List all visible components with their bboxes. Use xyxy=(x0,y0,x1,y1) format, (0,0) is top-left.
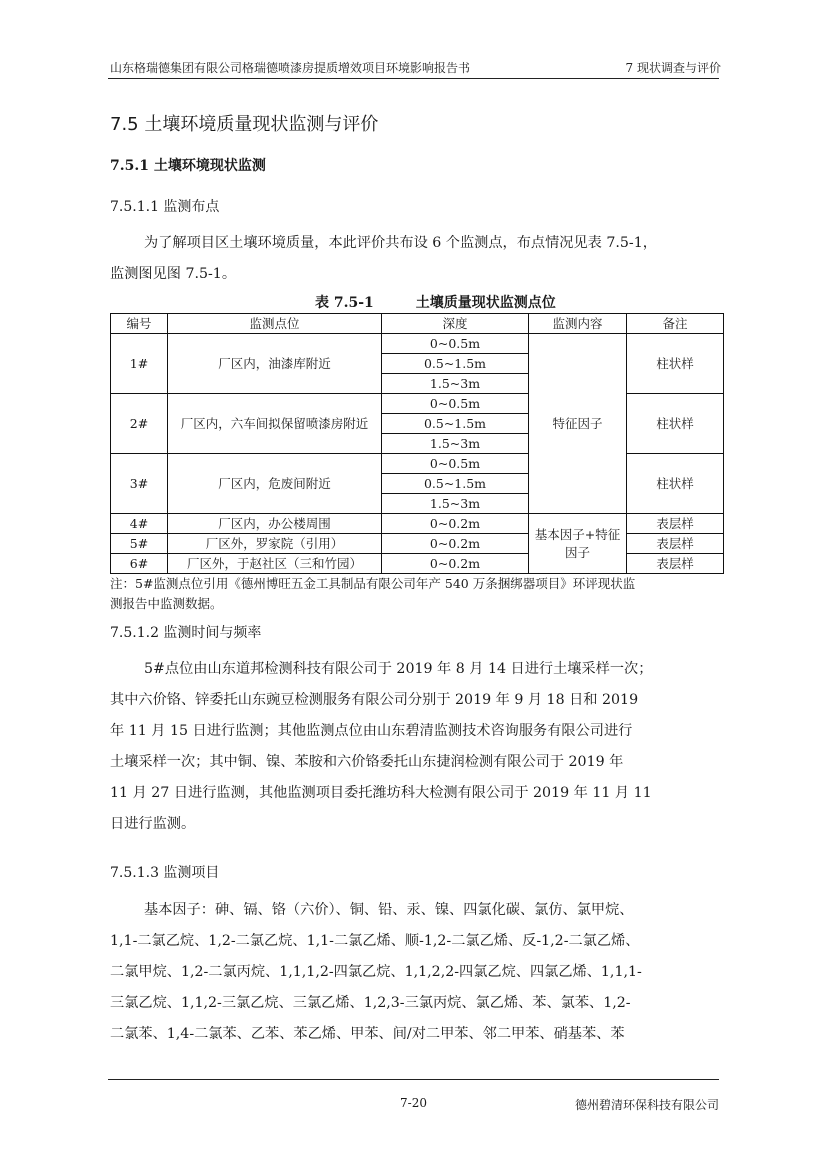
running-header-title: 山东格瑞德集团有限公司格瑞德喷漆房提质增效项目环境影响报告书 xyxy=(110,59,470,76)
table-caption-title: 土壤质量现状监测点位 xyxy=(416,295,556,311)
cell-remark: 柱状样 xyxy=(627,454,724,514)
col-header-depth: 深度 xyxy=(382,314,529,334)
cell-remark: 表层样 xyxy=(627,514,724,534)
table-row: 6# 厂区外，于赵社区（三和竹园） 0~0.2m 表层样 xyxy=(111,554,724,574)
cell-id: 2# xyxy=(111,394,168,454)
paragraph-line: 1,1-二氯乙烷、1,2-二氯乙烷、1,1-二氯乙烯、顺-1,2-二氯乙烯、反-… xyxy=(110,926,722,957)
cell-id: 1# xyxy=(111,334,168,394)
paragraph-line: 二氯甲烷、1,2-二氯丙烷、1,1,1,2-四氯乙烷、1,1,2,2-四氯乙烷、… xyxy=(110,957,722,988)
page-number: 7-20 xyxy=(400,1096,427,1110)
cell-depth: 0~0.5m xyxy=(382,454,529,474)
cell-location: 厂区内，办公楼周围 xyxy=(168,514,382,534)
paragraph-timing: 5#点位由山东道邦检测科技有限公司于 2019 年 8 月 14 日进行土壤采样… xyxy=(110,654,722,840)
cell-location: 厂区外，于赵社区（三和竹园） xyxy=(168,554,382,574)
subsubsection-title-timing: 7.5.1.2 监测时间与频率 xyxy=(110,622,261,642)
cell-content: 特征因子 xyxy=(529,334,627,514)
cell-depth: 1.5~3m xyxy=(382,434,529,454)
header-rule xyxy=(108,78,719,79)
paragraph-line: 5#点位由山东道邦检测科技有限公司于 2019 年 8 月 14 日进行土壤采样… xyxy=(110,654,722,685)
col-header-remark: 备注 xyxy=(627,314,724,334)
col-header-location: 监测点位 xyxy=(168,314,382,334)
paragraph-line: 二氯苯、1,4-二氯苯、乙苯、苯乙烯、甲苯、间/对二甲苯、邻二甲苯、硝基苯、苯 xyxy=(110,1019,722,1050)
cell-location: 厂区内，六车间拟保留喷漆房附近 xyxy=(168,394,382,454)
cell-location: 厂区外，罗家院（引用） xyxy=(168,534,382,554)
monitoring-points-table: 编号 监测点位 深度 监测内容 备注 1# 厂区内，油漆库附近 0~0.5m 特… xyxy=(110,313,724,574)
paragraph-line: 三氯乙烷、1,1,2-三氯乙烷、三氯乙烯、1,2,3-三氯丙烷、氯乙烯、苯、氯苯… xyxy=(110,988,722,1019)
cell-depth: 0~0.5m xyxy=(382,394,529,414)
paragraph-line: 11 月 27 日进行监测，其他监测项目委托潍坊科大检测有限公司于 2019 年… xyxy=(110,778,722,809)
subsubsection-title-items: 7.5.1.3 监测项目 xyxy=(110,862,219,882)
footer-rule xyxy=(108,1079,719,1080)
cell-id: 4# xyxy=(111,514,168,534)
subsubsection-title-layout: 7.5.1.1 监测布点 xyxy=(110,196,219,216)
col-header-content: 监测内容 xyxy=(529,314,627,334)
paragraph-line: 监测图见图 7.5-1。 xyxy=(110,259,722,290)
footer-company: 德州碧清环保科技有限公司 xyxy=(575,1096,719,1113)
cell-depth: 0~0.2m xyxy=(382,554,529,574)
cell-depth: 1.5~3m xyxy=(382,374,529,394)
cell-remark: 表层样 xyxy=(627,534,724,554)
note-line: 注：5#监测点位引用《德州博旺五金工具制品有限公司年产 540 万条捆绑器项目》… xyxy=(110,574,722,594)
cell-depth: 1.5~3m xyxy=(382,494,529,514)
paragraph-layout: 为了解项目区土壤环境质量，本此评价共布设 6 个监测点，布点情况见表 7.5-1… xyxy=(110,228,722,290)
table-row: 3# 厂区内，危废间附近 0~0.5m 柱状样 xyxy=(111,454,724,474)
table-row: 1# 厂区内，油漆库附近 0~0.5m 特征因子 柱状样 xyxy=(111,334,724,354)
cell-content: 基本因子+特征因子 xyxy=(529,514,627,574)
note-line: 测报告中监测数据。 xyxy=(110,594,722,614)
col-header-id: 编号 xyxy=(111,314,168,334)
table-row: 2# 厂区内，六车间拟保留喷漆房附近 0~0.5m 柱状样 xyxy=(111,394,724,414)
cell-location: 厂区内，油漆库附近 xyxy=(168,334,382,394)
section-title: 7.5 土壤环境质量现状监测与评价 xyxy=(110,110,378,136)
cell-location: 厂区内，危废间附近 xyxy=(168,454,382,514)
cell-depth: 0~0.2m xyxy=(382,534,529,554)
table-note: 注：5#监测点位引用《德州博旺五金工具制品有限公司年产 540 万条捆绑器项目》… xyxy=(110,574,722,614)
cell-depth: 0.5~1.5m xyxy=(382,474,529,494)
cell-depth: 0.5~1.5m xyxy=(382,354,529,374)
paragraph-line: 基本因子：砷、镉、铬（六价）、铜、铅、汞、镍、四氯化碳、氯仿、氯甲烷、 xyxy=(110,895,722,926)
table-caption: 表 7.5-1土壤质量现状监测点位 xyxy=(315,292,556,312)
cell-remark: 柱状样 xyxy=(627,394,724,454)
subsection-title: 7.5.1 土壤环境现状监测 xyxy=(110,155,266,175)
table-caption-number: 表 7.5-1 xyxy=(315,295,374,311)
cell-depth: 0~0.5m xyxy=(382,334,529,354)
paragraph-line: 土壤采样一次；其中铜、镍、苯胺和六价铬委托山东捷润检测有限公司于 2019 年 xyxy=(110,747,722,778)
table-row: 5# 厂区外，罗家院（引用） 0~0.2m 表层样 xyxy=(111,534,724,554)
cell-depth: 0~0.2m xyxy=(382,514,529,534)
paragraph-items: 基本因子：砷、镉、铬（六价）、铜、铅、汞、镍、四氯化碳、氯仿、氯甲烷、 1,1-… xyxy=(110,895,722,1050)
running-header-chapter: 7 现状调查与评价 xyxy=(626,59,721,76)
cell-remark: 表层样 xyxy=(627,554,724,574)
table-row: 4# 厂区内，办公楼周围 0~0.2m 基本因子+特征因子 表层样 xyxy=(111,514,724,534)
paragraph-line: 其中六价铬、锌委托山东豌豆检测服务有限公司分别于 2019 年 9 月 18 日… xyxy=(110,685,722,716)
paragraph-line: 为了解项目区土壤环境质量，本此评价共布设 6 个监测点，布点情况见表 7.5-1… xyxy=(110,228,722,259)
paragraph-line: 年 11 月 15 日进行监测；其他监测点位由山东碧清监测技术咨询服务有限公司进… xyxy=(110,716,722,747)
cell-remark: 柱状样 xyxy=(627,334,724,394)
table-header-row: 编号 监测点位 深度 监测内容 备注 xyxy=(111,314,724,334)
cell-id: 5# xyxy=(111,534,168,554)
paragraph-line: 日进行监测。 xyxy=(110,809,722,840)
cell-id: 3# xyxy=(111,454,168,514)
cell-id: 6# xyxy=(111,554,168,574)
cell-depth: 0.5~1.5m xyxy=(382,414,529,434)
